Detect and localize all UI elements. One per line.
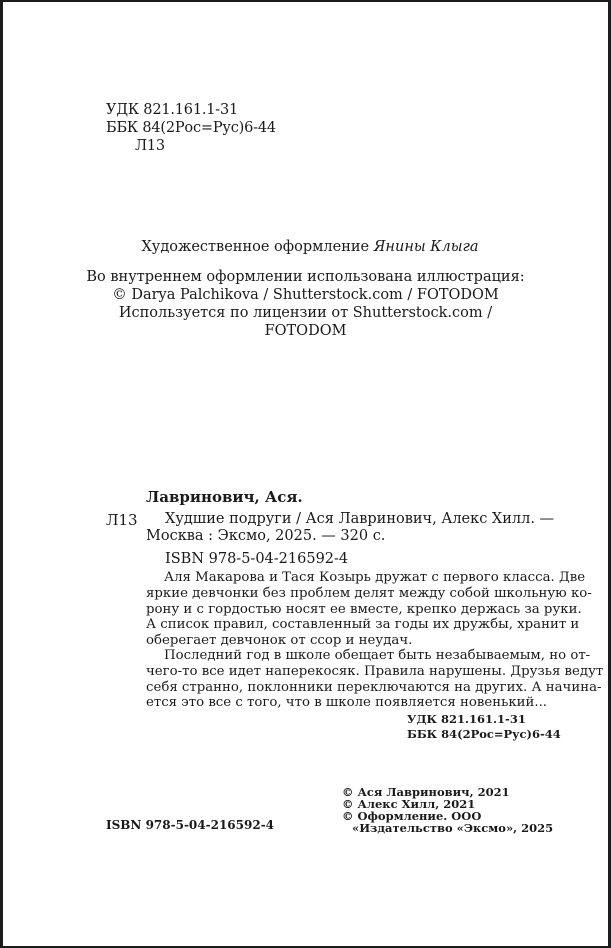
annotation-line: А список правил, составленный за годы их…: [146, 617, 566, 633]
bib-isbn: ISBN 978-5-04-216592-4: [165, 550, 348, 568]
bottom-udk-code: УДК 821.161.1-31: [407, 712, 526, 727]
author-sign-code: Л13: [135, 137, 165, 155]
art-design-label: Художественное оформление: [141, 239, 373, 255]
footer-isbn: ISBN 978-5-04-216592-4: [106, 818, 274, 832]
bib-description-line: Худшие подруги / Ася Лавринович, Алекс Х…: [165, 510, 554, 528]
art-designer-name: Янины Клыга: [374, 239, 479, 255]
copyright-line: «Издательство «Эксмо», 2025: [352, 822, 553, 835]
annotation-line: ется это все с того, что в школе появляе…: [146, 695, 566, 711]
annotation-line: Последний год в школе обещает быть незаб…: [146, 648, 566, 664]
art-design-credit: Художественное оформление Янины Клыга: [30, 238, 590, 256]
illustration-credit-line: © Darya Palchikova / Shutterstock.com / …: [0, 286, 611, 304]
illustration-credit: Во внутреннем оформлении использована ил…: [0, 268, 611, 340]
udk-code: УДК 821.161.1-31: [106, 101, 238, 119]
bbk-code: ББК 84(2Рос=Рус)6-44: [106, 119, 276, 137]
illustration-credit-line: FOTODOM: [0, 322, 611, 340]
bib-description-line: Москва : Эксмо, 2025. — 320 с.: [146, 527, 385, 545]
annotation-line: Аля Макарова и Тася Козырь дружат с перв…: [146, 570, 566, 586]
annotation-line: оберегает девчонок от ссор и неудач.: [146, 633, 566, 649]
author-heading: Лавринович, Ася.: [146, 488, 303, 506]
illustration-credit-line: Во внутреннем оформлении использована ил…: [0, 268, 611, 286]
annotation-line: чего-то все идет наперекосяк. Правила на…: [146, 664, 566, 680]
annotation-line: себя странно, поклонники переключаются н…: [146, 680, 566, 696]
page-frame: [0, 0, 611, 948]
bib-author-code: Л13: [106, 511, 138, 529]
bottom-bbk-code: ББК 84(2Рос=Рус)6-44: [407, 727, 561, 742]
annotation-paragraph: Последний год в школе обещает быть незаб…: [146, 648, 566, 711]
annotation-line: яркие девчонки без проблем делят между с…: [146, 586, 566, 602]
illustration-credit-line: Используется по лицензии от Shutterstock…: [0, 304, 611, 322]
annotation-paragraph: Аля Макарова и Тася Козырь дружат с перв…: [146, 570, 566, 649]
annotation-line: рону и с гордостью носят ее вместе, креп…: [146, 602, 566, 618]
